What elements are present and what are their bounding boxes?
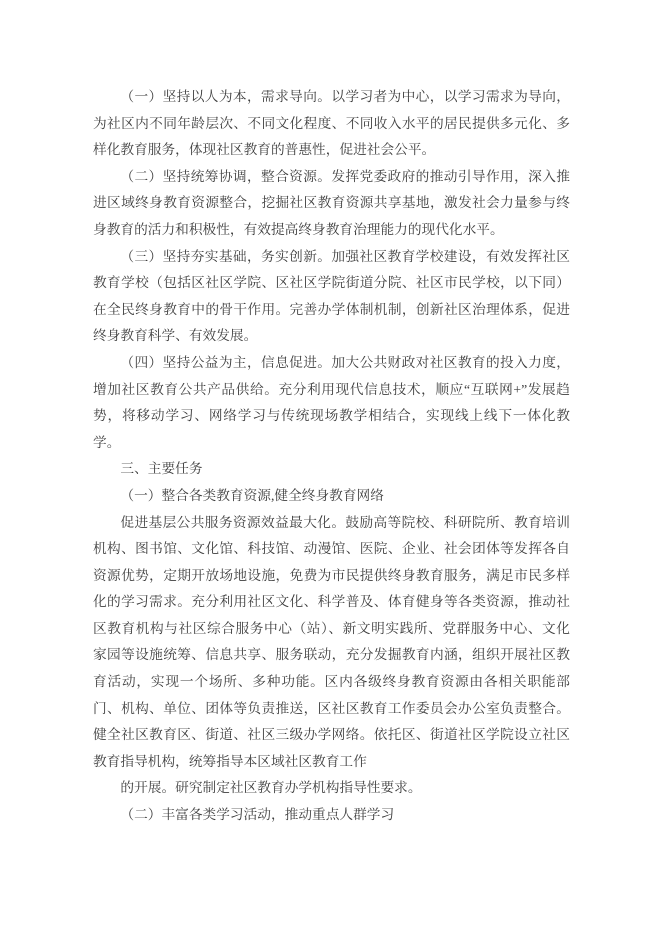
doc-line: （二）坚持统筹协调，整合资源。发挥党委政府的推动引导作用，深入推 [93, 164, 570, 191]
document-page: （一）坚持以人为本，需求导向。以学习者为中心，以学习需求为导向， 为社区内不同年… [0, 0, 662, 936]
doc-line: 育活动，实现一个场所、多种功能。区内各级终身教育资源由各相关职能部 [93, 669, 570, 696]
doc-line: 为社区内不同年龄层次、不同文化程度、不同收入水平的居民提供多元化、多 [93, 111, 570, 138]
subsection-heading-enrich-activities: （二）丰富各类学习活动，推动重点人群学习 [93, 802, 570, 829]
document-text: （一）坚持以人为本，需求导向。以学习者为中心，以学习需求为导向， 为社区内不同年… [93, 84, 570, 829]
doc-line: 样化教育服务，体现社区教育的普惠性，促进社会公平。 [93, 137, 570, 164]
doc-line: 区教育机构与社区综合服务中心（站）、新文明实践所、党群服务中心、文化 [93, 616, 570, 643]
doc-line: 教育学校（包括区社区学院、区社区学院街道分院、社区市民学校，以下同） [93, 270, 570, 297]
doc-line: 在全民终身教育中的骨干作用。完善办学体制机制，创新社区治理体系，促进 [93, 297, 570, 324]
doc-line: 化的学习需求。充分利用社区文化、科学普及、体育健身等各类资源，推动社 [93, 589, 570, 616]
doc-line: 终身教育科学、有效发展。 [93, 323, 570, 350]
doc-line: 的开展。研究制定社区教育办学机构指导性要求。 [93, 775, 570, 802]
doc-line: （三）坚持夯实基础，务实创新。加强社区教育学校建设，有效发挥社区 [93, 244, 570, 271]
doc-line: 家园等设施统筹、信息共享、服务联动，充分发掘教育内涵，组织开展社区教 [93, 642, 570, 669]
doc-line: 门、机构、单位、团体等负责推送，区社区教育工作委员会办公室负责整合。 [93, 696, 570, 723]
section-heading-main-tasks: 三、主要任务 [93, 456, 570, 483]
doc-line: 学。 [93, 430, 570, 457]
doc-line: 机构、图书馆、文化馆、科技馆、动漫馆、医院、企业、社会团体等发挥各自 [93, 536, 570, 563]
subsection-heading-integrate-resources: （一）整合各类教育资源,健全终身教育网络 [93, 483, 570, 510]
doc-line: （四）坚持公益为主，信息促进。加大公共财政对社区教育的投入力度， [93, 350, 570, 377]
doc-line: 势，将移动学习、网络学习与传统现场教学相结合，实现线上线下一体化教 [93, 403, 570, 430]
doc-line: 健全社区教育区、街道、社区三级办学网络。依托区、街道社区学院设立社区 [93, 722, 570, 749]
doc-line: 增加社区教育公共产品供给。充分利用现代信息技术，顺应“互联网+”发展趋 [93, 377, 570, 404]
doc-line: 促进基层公共服务资源效益最大化。鼓励高等院校、科研院所、教育培训 [93, 510, 570, 537]
doc-line: 身教育的活力和积极性，有效提高终身教育治理能力的现代化水平。 [93, 217, 570, 244]
doc-line: 教育指导机构，统筹指导本区域社区教育工作 [93, 749, 570, 776]
doc-line: （一）坚持以人为本，需求导向。以学习者为中心，以学习需求为导向， [93, 84, 570, 111]
doc-line: 资源优势，定期开放场地设施，免费为市民提供终身教育服务，满足市民多样 [93, 563, 570, 590]
doc-line: 进区域终身教育资源整合，挖掘社区教育资源共享基地，激发社会力量参与终 [93, 190, 570, 217]
